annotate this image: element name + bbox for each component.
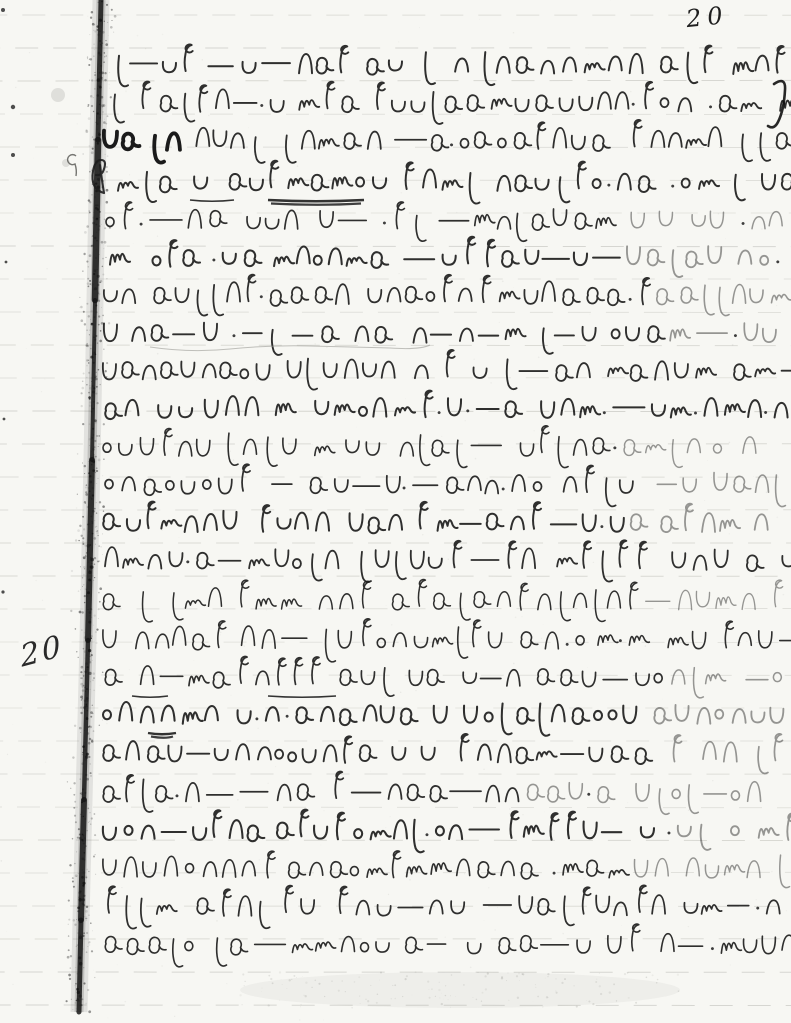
- handwritten-line: [103, 734, 782, 774]
- handwritten-line: [104, 323, 776, 355]
- handwritten-line: [105, 391, 787, 419]
- page-number: 20: [685, 1, 730, 33]
- handwritten-line: [114, 81, 791, 127]
- scan-canvas: [0, 0, 791, 1023]
- handwritten-line: [104, 275, 791, 316]
- binding-strip: [66, 0, 117, 1013]
- handwritten-line: [105, 464, 785, 506]
- handwritten-line: [103, 619, 791, 662]
- handwritten-line: [110, 237, 779, 277]
- handwritten-line: [105, 657, 781, 698]
- handwritten-line: [103, 426, 756, 468]
- bottom-smudge: [239, 971, 680, 1008]
- handwritten-line: [108, 885, 780, 928]
- margin-marks: [1, 8, 76, 594]
- handwritten-line: [103, 810, 791, 853]
- ruled-lines: [0, 15, 791, 1006]
- handwritten-line: [103, 350, 791, 390]
- handwritten-line: [103, 580, 782, 622]
- handwritten-line: [103, 702, 783, 738]
- handwriting: [92, 44, 791, 966]
- handwritten-line: [105, 924, 791, 967]
- handwritten-line: [103, 502, 767, 534]
- handwritten-line: [103, 851, 790, 888]
- handwritten-line: [106, 202, 782, 241]
- manuscript-page: 20 20: [0, 0, 791, 1023]
- handwritten-line: [104, 120, 791, 163]
- handwritten-line: [103, 772, 760, 815]
- handwritten-line: [92, 160, 791, 205]
